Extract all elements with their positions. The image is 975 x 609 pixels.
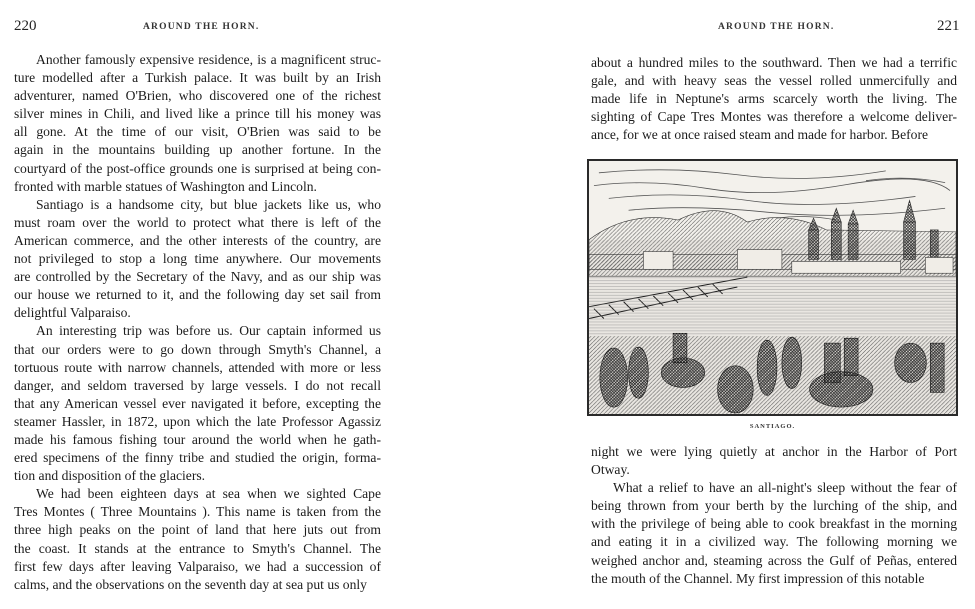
text-line: not privileged to stop a long time anywh… [14, 250, 381, 268]
body-text: Another famously expensive residence, is… [14, 51, 381, 594]
text-line: Tres Montes ( Three Mountains ). This na… [14, 503, 381, 521]
text-line: Santiago is a handsome city, but blue ja… [14, 196, 381, 214]
text-line: our house we returned to it, and the fol… [14, 286, 381, 304]
text-line: weighed anchor and, steaming across the … [591, 552, 957, 570]
text-line: made his famous fishing tour around the … [14, 431, 381, 449]
engraving-image [589, 161, 956, 414]
text-line: the coast. It stands at the entrance to … [14, 540, 381, 558]
text-line: tion and disposition of the glaciers. [14, 467, 381, 485]
running-title: AROUND THE HORN. [718, 22, 834, 32]
text-line: ance, for we at once raised steam and ma… [591, 126, 957, 144]
text-line: An interesting trip was before us. Our c… [14, 322, 381, 340]
paragraph: Another famously expensive residence, is… [14, 51, 381, 196]
text-line: made life in Neptune's arms scarcely wor… [591, 90, 957, 108]
text-line: and eating it in a civilized way. The fo… [591, 533, 957, 551]
text-line: calms, and the observations on the seven… [14, 576, 381, 594]
text-line: silver mines in Chili, and lived like a … [14, 105, 381, 123]
text-line: three high peaks on the point of land th… [14, 521, 381, 539]
body-text-top: about a hundred miles to the southward. … [591, 54, 957, 144]
page-number: 220 [14, 18, 37, 35]
text-line: We had been eighteen days at sea when we… [14, 485, 381, 503]
text-line: tortuous route with narrow channels, att… [14, 359, 381, 377]
paragraph: An interesting trip was before us. Our c… [14, 322, 381, 485]
text-line: that our orders were to go down through … [14, 341, 381, 359]
figure-caption: SANTIAGO. [587, 423, 958, 430]
text-line: ered specimens of the finny tribe and st… [14, 449, 381, 467]
text-line: that any American vessel ever navigated … [14, 395, 381, 413]
text-line: about a hundred miles to the southward. … [591, 54, 957, 72]
left-page: 220 AROUND THE HORN. Another famously ex… [0, 0, 400, 609]
text-line: again in the mountains building up anoth… [14, 141, 381, 159]
text-line: American commerce, and the other interes… [14, 232, 381, 250]
text-line: delightful Valparaiso. [14, 304, 381, 322]
text-line: gale, and with heavy seas the vessel rol… [591, 72, 957, 90]
paragraph: We had been eighteen days at sea when we… [14, 485, 381, 594]
text-line: being thrown from your berth by the lurc… [591, 497, 957, 515]
paragraph: about a hundred miles to the southward. … [591, 54, 957, 144]
text-line: ture modelled after a Turkish palace. It… [14, 69, 381, 87]
santiago-illustration [587, 159, 958, 416]
text-line: adventurer, named O'Brien, who discovere… [14, 87, 381, 105]
text-line: steamer Hassler, in 1872, upon which the… [14, 413, 381, 431]
paragraph: Santiago is a handsome city, but blue ja… [14, 196, 381, 323]
text-line: Another famously expensive residence, is… [14, 51, 381, 69]
paragraph: What a relief to have an all-night's sle… [591, 479, 957, 588]
paragraph: night we were lying quietly at anchor in… [591, 443, 957, 479]
text-line: danger, and seldom traversed by large ve… [14, 377, 381, 395]
text-line: with the privilege of being able to cook… [591, 515, 957, 533]
text-line: What a relief to have an all-night's sle… [591, 479, 957, 497]
right-page: AROUND THE HORN. 221 about a hundred mil… [575, 0, 975, 609]
body-text-bottom: night we were lying quietly at anchor in… [591, 443, 957, 588]
text-line: must roam over the world to protect what… [14, 214, 381, 232]
text-line: Otway. [591, 461, 957, 479]
running-title: AROUND THE HORN. [143, 22, 259, 32]
text-line: the mouth of the Channel. My first impre… [591, 570, 957, 588]
text-line: are controlled by the Secretary of the N… [14, 268, 381, 286]
text-line: fronted with marble statues of Washingto… [14, 178, 381, 196]
text-line: courtyard of the post-office grounds one… [14, 160, 381, 178]
page-number: 221 [937, 18, 960, 35]
text-line: first few days after leaving Valparaiso,… [14, 558, 381, 576]
text-line: sighting of Cape Tres Montes was therefo… [591, 108, 957, 126]
text-line: all gone. At the time of our visit, O'Br… [14, 123, 381, 141]
text-line: night we were lying quietly at anchor in… [591, 443, 957, 461]
